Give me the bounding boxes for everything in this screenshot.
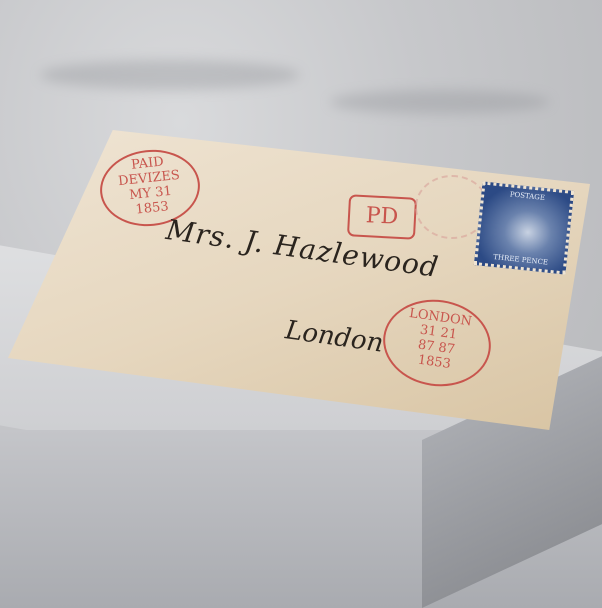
marble-vein (40, 60, 300, 90)
stamp-bottom-text: THREE PENCE (477, 251, 563, 268)
marble-vein (330, 90, 550, 114)
stamp-top-text: POSTAGE (484, 188, 570, 205)
pd-mark: PD (347, 194, 417, 240)
postage-stamp: POSTAGE THREE PENCE (474, 181, 574, 274)
